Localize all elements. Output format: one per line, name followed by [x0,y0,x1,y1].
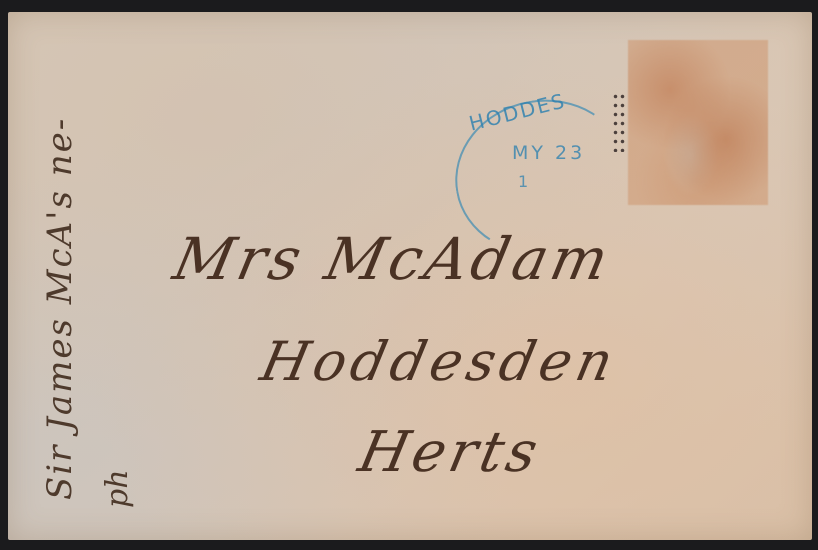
postmark-date: MY 23 [512,142,585,164]
postmark-year: 1 [518,172,528,191]
address-name: Mrs McAdam [168,225,618,293]
address-county: Herts [353,420,547,485]
postage-stamp [628,40,768,205]
address-town: Hoddesden [255,330,623,393]
side-annotation-line-1: Sir James McA's ne- [40,117,80,500]
side-annotation-line-2: ph [100,469,135,508]
